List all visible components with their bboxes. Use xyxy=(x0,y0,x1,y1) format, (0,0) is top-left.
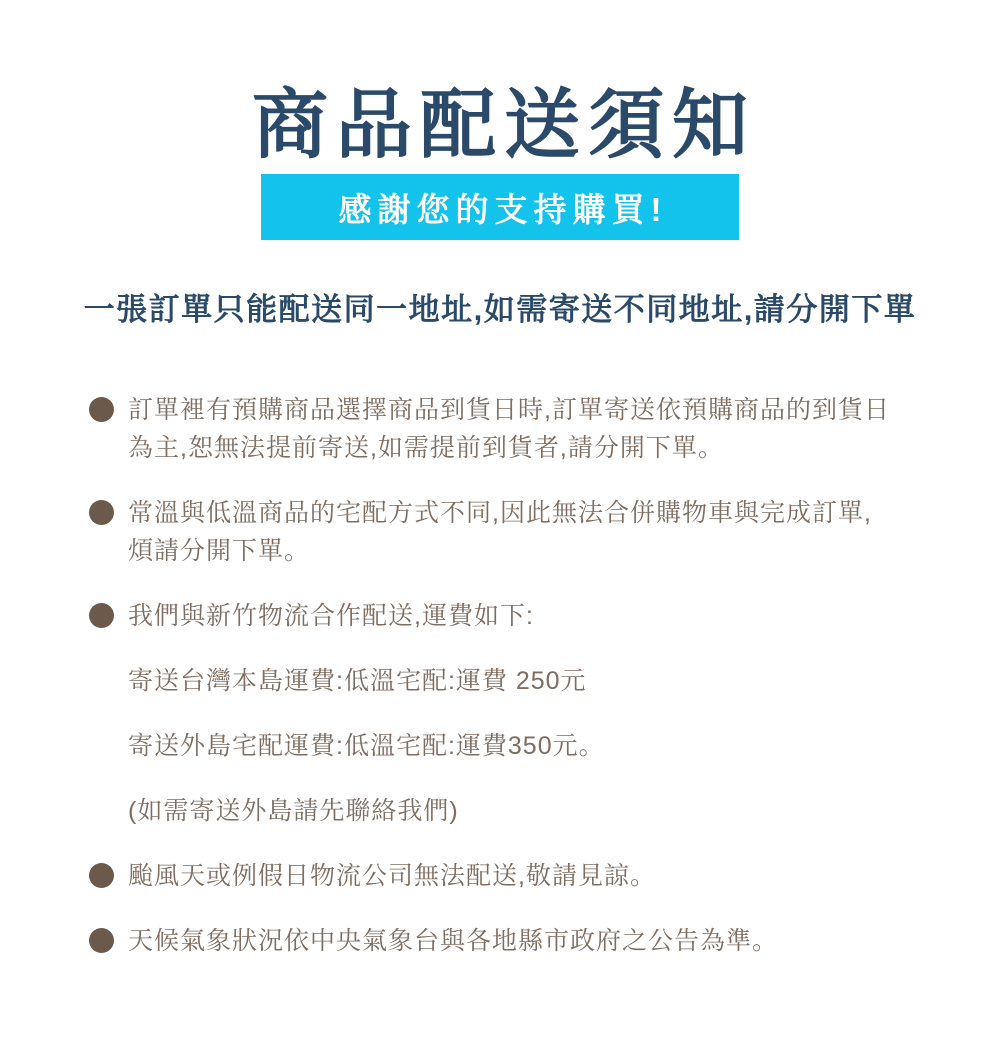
notice-item-typhoon: 颱風天或例假日物流公司無法配送,敬請見諒。 xyxy=(89,857,940,895)
notice-item-text: 天候氣象狀況依中央氣象台與各地縣市政府之公告為準。 xyxy=(128,922,778,960)
bullet-icon xyxy=(89,500,114,525)
notice-item-temperature: 常溫與低溫商品的宅配方式不同,因此無法合併購物車與完成訂單, 煩請分開下單。 xyxy=(89,494,940,570)
notice-list: 訂單裡有預購商品選擇商品到貨日時,訂單寄送依預購商品的到貨日 為主,恕無法提前寄… xyxy=(0,391,1000,960)
page-title: 商品配送須知 xyxy=(0,86,1000,164)
notice-item-text: 颱風天或例假日物流公司無法配送,敬請見諒。 xyxy=(128,857,656,895)
single-address-headline: 一張訂單只能配送同一地址,如需寄送不同地址,請分開下單 xyxy=(0,284,1000,329)
bullet-icon xyxy=(89,863,114,888)
notice-sub-text: (如需寄送外島請先聯絡我們) xyxy=(128,792,459,830)
notice-item-preorder: 訂單裡有預購商品選擇商品到貨日時,訂單寄送依預購商品的到貨日 為主,恕無法提前寄… xyxy=(89,391,940,467)
bullet-icon xyxy=(89,928,114,953)
notice-sub-text: 寄送外島宅配運費:低溫宅配:運費350元。 xyxy=(128,727,605,765)
notice-item-weather: 天候氣象狀況依中央氣象台與各地縣市政府之公告為準。 xyxy=(89,922,940,960)
shipping-fee-mainland: 寄送台灣本島運費:低溫宅配:運費 250元 xyxy=(89,662,940,700)
bullet-icon xyxy=(89,603,114,628)
islands-contact-note: (如需寄送外島請先聯絡我們) xyxy=(89,792,940,830)
thanks-banner: 感謝您的支持購買! xyxy=(261,174,739,240)
notice-sub-text: 寄送台灣本島運費:低溫宅配:運費 250元 xyxy=(128,662,587,700)
notice-item-text: 我們與新竹物流合作配送,運費如下: xyxy=(128,597,534,635)
notice-item-text: 訂單裡有預購商品選擇商品到貨日時,訂單寄送依預購商品的到貨日 為主,恕無法提前寄… xyxy=(128,391,890,467)
notice-item-text: 常溫與低溫商品的宅配方式不同,因此無法合併購物車與完成訂單, 煩請分開下單。 xyxy=(128,494,872,570)
delivery-notice-page: 商品配送須知 感謝您的支持購買! 一張訂單只能配送同一地址,如需寄送不同地址,請… xyxy=(0,0,1000,1045)
notice-item-logistics: 我們與新竹物流合作配送,運費如下: xyxy=(89,597,940,635)
shipping-fee-islands: 寄送外島宅配運費:低溫宅配:運費350元。 xyxy=(89,727,940,765)
bullet-icon xyxy=(89,397,114,422)
thanks-banner-text: 感謝您的支持購買! xyxy=(333,184,668,231)
